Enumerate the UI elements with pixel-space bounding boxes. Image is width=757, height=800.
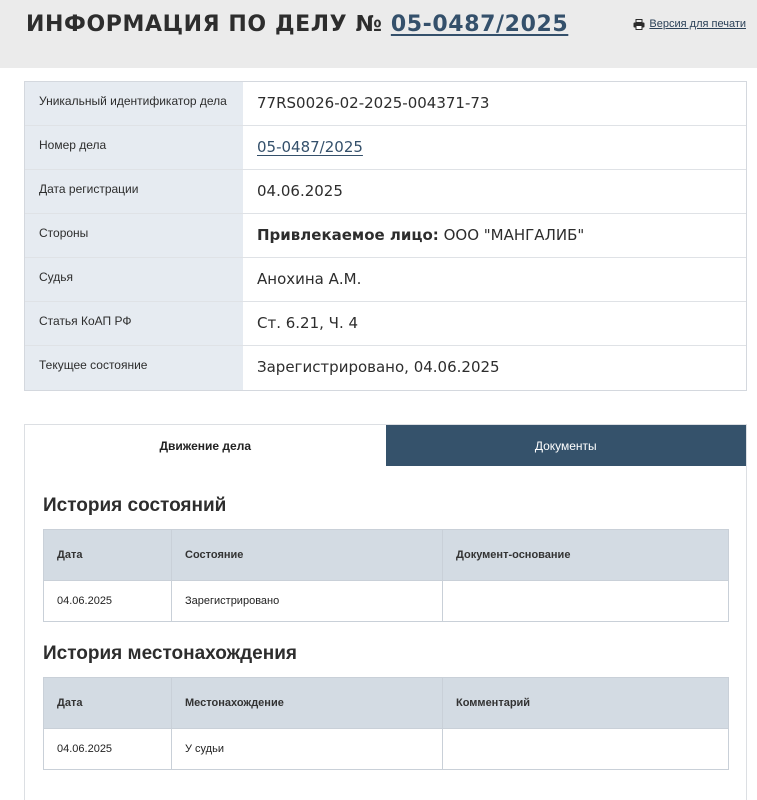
info-label: Стороны bbox=[25, 214, 243, 257]
info-row-judge: Судья Анохина А.М. bbox=[25, 258, 746, 302]
printer-icon bbox=[633, 19, 645, 30]
table-cell: 04.06.2025 bbox=[44, 581, 172, 621]
info-label: Уникальный идентификатор дела bbox=[25, 82, 243, 125]
info-value: Анохина А.М. bbox=[243, 258, 746, 301]
info-row-case-number: Номер дела 05-0487/2025 bbox=[25, 126, 746, 170]
case-tabs-panel: Движение дела Документы История состояни… bbox=[24, 424, 747, 800]
info-row-reg-date: Дата регистрации 04.06.2025 bbox=[25, 170, 746, 214]
table-cell bbox=[443, 581, 728, 621]
page-header: ИНФОРМАЦИЯ ПО ДЕЛУ № 05-0487/2025 Версия… bbox=[0, 0, 757, 68]
column-header: Комментарий bbox=[443, 678, 728, 728]
info-value: 77RS0026-02-2025-004371-73 bbox=[243, 82, 746, 125]
tab-bar: Движение дела Документы bbox=[25, 425, 746, 466]
print-version-label: Версия для печати bbox=[649, 18, 746, 30]
party-name: ООО "МАНГАЛИБ" bbox=[444, 226, 585, 244]
table-cell: Зарегистрировано bbox=[172, 581, 443, 621]
page-title-prefix: ИНФОРМАЦИЯ ПО ДЕЛУ № bbox=[26, 12, 383, 37]
case-number-value-link[interactable]: 05-0487/2025 bbox=[257, 138, 363, 156]
table-header: Дата Местонахождение Комментарий bbox=[44, 678, 728, 728]
print-version-link[interactable]: Версия для печати bbox=[633, 18, 746, 30]
info-row-parties: Стороны Привлекаемое лицо: ООО "МАНГАЛИБ… bbox=[25, 214, 746, 258]
info-row-current-state: Текущее состояние Зарегистрировано, 04.0… bbox=[25, 346, 746, 390]
tab-case-movement[interactable]: Движение дела bbox=[25, 425, 386, 466]
info-value: Зарегистрировано, 04.06.2025 bbox=[243, 346, 746, 390]
table-cell: У судьи bbox=[172, 729, 443, 769]
table-row: 04.06.2025 У судьи bbox=[44, 728, 728, 769]
info-label: Номер дела bbox=[25, 126, 243, 169]
party-role: Привлекаемое лицо: bbox=[257, 226, 439, 244]
column-header: Местонахождение bbox=[172, 678, 443, 728]
column-header: Документ-основание bbox=[443, 530, 728, 580]
column-header: Состояние bbox=[172, 530, 443, 580]
page-title: ИНФОРМАЦИЯ ПО ДЕЛУ № 05-0487/2025 bbox=[26, 12, 568, 37]
case-info-table: Уникальный идентификатор дела 77RS0026-0… bbox=[24, 81, 747, 391]
info-label: Текущее состояние bbox=[25, 346, 243, 390]
state-history-table: Дата Состояние Документ-основание 04.06.… bbox=[43, 529, 729, 622]
info-label: Судья bbox=[25, 258, 243, 301]
table-row: 04.06.2025 Зарегистрировано bbox=[44, 580, 728, 621]
info-label: Дата регистрации bbox=[25, 170, 243, 213]
info-label: Статья КоАП РФ bbox=[25, 302, 243, 345]
info-value: Ст. 6.21, Ч. 4 bbox=[243, 302, 746, 345]
info-value: Привлекаемое лицо: ООО "МАНГАЛИБ" bbox=[243, 214, 746, 257]
table-cell: 04.06.2025 bbox=[44, 729, 172, 769]
column-header: Дата bbox=[44, 530, 172, 580]
location-history-table: Дата Местонахождение Комментарий 04.06.2… bbox=[43, 677, 729, 770]
table-header: Дата Состояние Документ-основание bbox=[44, 530, 728, 580]
state-history-title: История состояний bbox=[43, 495, 226, 517]
column-header: Дата bbox=[44, 678, 172, 728]
info-value: 04.06.2025 bbox=[243, 170, 746, 213]
info-row-uid: Уникальный идентификатор дела 77RS0026-0… bbox=[25, 82, 746, 126]
info-row-article: Статья КоАП РФ Ст. 6.21, Ч. 4 bbox=[25, 302, 746, 346]
table-cell bbox=[443, 729, 728, 769]
info-value: 05-0487/2025 bbox=[243, 126, 746, 169]
case-number-link[interactable]: 05-0487/2025 bbox=[391, 12, 568, 37]
tab-documents[interactable]: Документы bbox=[386, 425, 747, 466]
location-history-title: История местонахождения bbox=[43, 643, 297, 665]
